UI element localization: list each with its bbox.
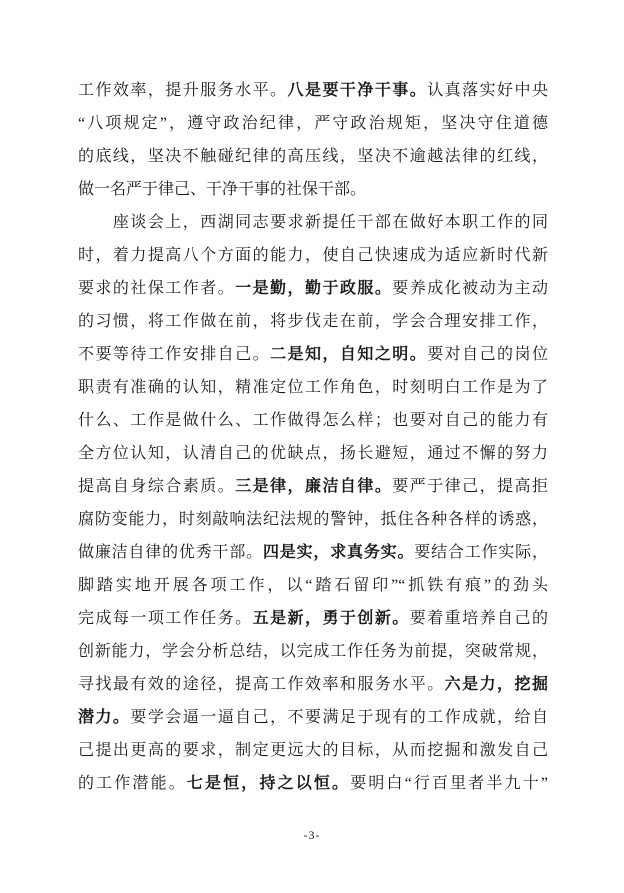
text-run: 提高自身综合素质。 [78,478,235,495]
text-line: 要求的社保工作者。一是勤，勤于政服。要养成化被动为主动 [78,272,548,305]
document-page: 工作效率，提升服务水平。八是要干净干事。认真落实好中央“八项规定”，遵守政治纪律… [0,0,624,893]
text-run: “八项规定”，遵守政治纪律，严守政治规矩，坚决守住道德 [78,115,548,132]
text-run: 做廉洁自律的优秀干部。 [78,544,263,561]
bold-text-run: 八是要干净干事。 [288,82,428,99]
text-run: 腐防变能力，时刻敲响法纪法规的警钟，抵住各种各样的诱惑， [78,511,548,528]
text-run: 时，着力提高八个方面的能力，使自己快速成为适应新时代新 [78,247,548,264]
bold-text-run: 二是知，自知之明。 [270,346,427,363]
text-run: 要学会逼一逼自己，不要满足于现有的工作成就，给自 [130,709,548,726]
text-line: 己提出更高的要求，制定更远大的目标，从而挖掘和激发自己 [78,734,548,767]
text-line: 全方位认知，认清自己的优缺点，扬长避短，通过不懈的努力 [78,437,548,470]
text-run: 要对自己的岗位 [427,346,548,363]
text-run: 工作效率，提升服务水平。 [78,82,288,99]
text-line: 的习惯，将工作做在前，将步伐走在前，学会合理安排工作， [78,305,548,338]
text-line: 做廉洁自律的优秀干部。四是实，求真务实。要结合工作实际， [78,536,548,569]
text-line: 潜力。要学会逼一逼自己，不要满足于现有的工作成就，给自 [78,701,548,734]
text-run: 要结合工作实际， [414,544,548,561]
text-run: 的工作潜能。 [78,775,187,792]
text-run: 认真落实好中央 [427,82,548,99]
text-run: 要着重培养自己的 [410,610,548,627]
text-run: 什么、工作是做什么、工作做得怎么样；也要对自己的能力有 [78,412,548,429]
text-run: 做一名严于律己、干净干事的社保干部。 [78,181,366,198]
text-run: 己提出更高的要求，制定更远大的目标，从而挖掘和激发自己 [78,742,548,759]
text-line: 职责有准确的认知，精准定位工作角色，时刻明白工作是为了 [78,371,548,404]
bold-text-run: 四是实，求真务实。 [263,544,414,561]
text-run: 全方位认知，认清自己的优缺点，扬长避短，通过不懈的努力 [78,445,548,462]
bold-text-run: 五是新，勇于创新。 [253,610,410,627]
text-run: 完成每一项工作任务。 [78,610,253,627]
text-run: 要明白“行百里者半九十” [350,775,548,792]
text-line: 提高自身综合素质。三是律，廉洁自律。要严于律己，提高拒 [78,470,548,503]
text-run: 脚踏实地开展各项工作，以“踏石留印”“抓铁有痕”的劲头 [78,577,548,594]
text-line: 完成每一项工作任务。五是新，勇于创新。要着重培养自己的 [78,602,548,635]
text-line: 的工作潜能。七是恒，持之以恒。要明白“行百里者半九十” [78,767,548,800]
text-line: 座谈会上，西湖同志要求新提任干部在做好本职工作的同 [78,206,548,239]
text-line: 工作效率，提升服务水平。八是要干净干事。认真落实好中央 [78,74,548,107]
document-body: 工作效率，提升服务水平。八是要干净干事。认真落实好中央“八项规定”，遵守政治纪律… [78,74,548,800]
text-run: 座谈会上，西湖同志要求新提任干部在做好本职工作的同 [78,214,548,231]
text-line: 的底线，坚决不触碰纪律的高压线，坚决不逾越法律的红线， [78,140,548,173]
text-line: 什么、工作是做什么、工作做得怎么样；也要对自己的能力有 [78,404,548,437]
bold-text-run: 一是勤，勤于政服。 [235,280,392,297]
text-line: “八项规定”，遵守政治纪律，严守政治规矩，坚决守住道德 [78,107,548,140]
text-line: 创新能力，学会分析总结，以完成工作任务为前提，突破常规， [78,635,548,668]
text-run: 要严于律己，提高拒 [392,478,548,495]
text-line: 腐防变能力，时刻敲响法纪法规的警钟，抵住各种各样的诱惑， [78,503,548,536]
text-line: 不要等待工作安排自己。二是知，自知之明。要对自己的岗位 [78,338,548,371]
bold-text-run: 六是力，挖掘 [445,676,548,693]
text-line: 寻找最有效的途径，提高工作效率和服务水平。六是力，挖掘 [78,668,548,701]
text-run: 要养成化被动为主动 [392,280,548,297]
text-line: 脚踏实地开展各项工作，以“踏石留印”“抓铁有痕”的劲头 [78,569,548,602]
text-line: 做一名严于律己、干净干事的社保干部。 [78,173,548,206]
text-run: 的习惯，将工作做在前，将步伐走在前，学会合理安排工作， [78,313,548,330]
text-run: 创新能力，学会分析总结，以完成工作任务为前提，突破常规， [78,643,548,660]
text-run: 要求的社保工作者。 [78,280,235,297]
bold-text-run: 三是律，廉洁自律。 [235,478,392,495]
text-run: 寻找最有效的途径，提高工作效率和服务水平。 [78,676,445,693]
text-run: 不要等待工作安排自己。 [78,346,270,363]
bold-text-run: 潜力。 [78,709,130,726]
bold-text-run: 七是恒，持之以恒。 [187,775,350,792]
text-line: 时，着力提高八个方面的能力，使自己快速成为适应新时代新 [78,239,548,272]
page-number: -3- [0,828,624,843]
text-run: 职责有准确的认知，精准定位工作角色，时刻明白工作是为了 [78,379,548,396]
text-run: 的底线，坚决不触碰纪律的高压线，坚决不逾越法律的红线， [78,148,548,165]
